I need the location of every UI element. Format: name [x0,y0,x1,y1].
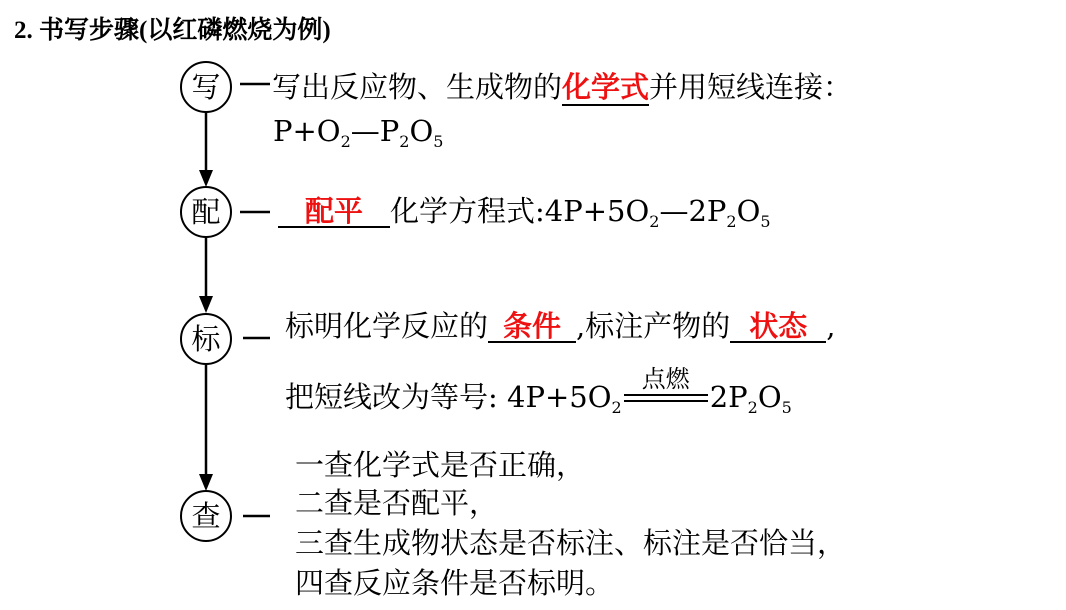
step-write-suffix: 并用短线连接： [649,70,852,104]
eq-sub: 5 [760,212,770,231]
check-item-4: 四查反应条件是否标明。 [295,566,614,600]
arrow-down-icon [199,296,213,313]
eq-sub: 5 [433,132,443,151]
answer-chemical-formula: 化学式 [562,70,649,106]
eq-product-o: O [758,380,782,414]
step-mark-prefix: 标明化学反应的 [285,309,488,343]
eq-sub: 2 [399,132,409,151]
eq-product-o: O [409,114,433,148]
check-item-3: 三查生成物状态是否标注、标注是否恰当， [295,526,846,560]
eq-dash: — [351,114,380,148]
eq-reactants: P+O [273,114,341,148]
equals-sign-with-condition: 点燃 [624,380,708,414]
step-balance-text: 化学方程式:4P+5O [390,194,649,228]
eq-product-o: O [737,194,761,228]
eq-product-p: P [380,114,400,148]
eq-sub: 2 [748,398,758,417]
step-mark-middle: ,标注产物的 [576,309,730,343]
answer-state: 状态 [730,311,826,343]
check-item-2: 二查是否配平， [295,486,498,520]
eq-reactants: 4P+5O [507,380,612,414]
step-write-prefix: 写出反应物、生成物的 [272,70,562,104]
eq-product: 2P [688,194,726,228]
equation-unbalanced: P+O2—P2O5 [273,114,443,148]
eq-sub: 2 [726,212,736,231]
step-mark-line2-prefix: 把短线改为等号: [285,380,498,414]
eq-sub: 5 [782,398,792,417]
eq-sub: 2 [612,398,622,417]
step-mark-line1: 标明化学反应的条件,标注产物的状态, [285,309,835,343]
eq-sub: 2 [649,212,659,231]
node-label-check: 查 [180,490,232,542]
eq-product: 2P [710,380,748,414]
node-label-mark: 标 [180,313,232,365]
step-write-line1: 写出反应物、生成物的化学式并用短线连接： [272,70,852,106]
node-label-balance: 配 [180,186,232,238]
arrow-down-icon [199,170,213,187]
eq-sub: 2 [341,132,351,151]
arrow-down-icon [199,474,213,491]
answer-balance: 配平 [278,196,390,228]
step-balance-line: 配平化学方程式:4P+5O2—2P2O5 [278,194,771,228]
step-mark-end: , [826,309,835,343]
node-label-write: 写 [180,61,232,113]
check-item-1: 一查化学式是否正确， [295,448,585,482]
answer-condition: 条件 [488,311,576,343]
reaction-condition: 点燃 [624,362,708,396]
eq-dash: — [659,194,688,228]
step-mark-line2: 把短线改为等号: 4P+5O2点燃2P2O5 [285,380,792,414]
